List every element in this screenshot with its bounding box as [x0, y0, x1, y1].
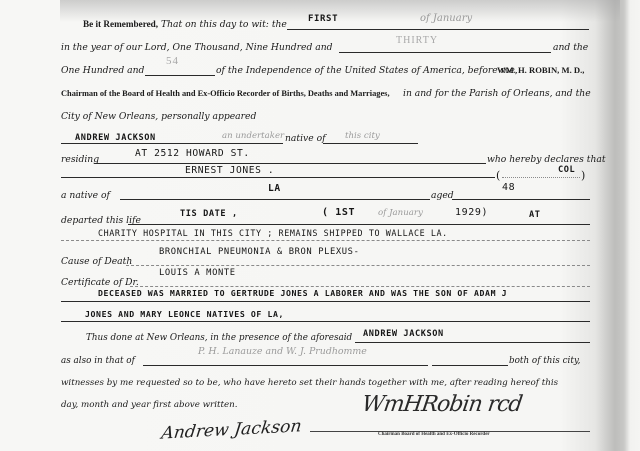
cause-label: Cause of Death [61, 256, 132, 267]
death-year: 1929) [455, 207, 488, 218]
recorder-signature: WmHRobin rcd [360, 392, 523, 417]
year-label-end: and the [553, 42, 588, 53]
certificate-field-line [130, 286, 590, 287]
month-value: of January [420, 13, 472, 24]
age-field-line [452, 199, 590, 200]
day-value: FIRST [308, 14, 338, 25]
certificate-value: LOUIS A MONTE [159, 268, 236, 279]
deceased-native-value: LA [268, 183, 281, 194]
independence-label-end: of the Independence of the United States… [216, 65, 518, 76]
chairman-label: Chairman of the Board of Health and Ex-O… [61, 88, 390, 99]
death-day: ( 1ST [322, 207, 355, 218]
witnesses-field-line [143, 365, 428, 366]
death-date-text: TIS DATE , [180, 209, 238, 220]
death-place: CHARITY HOSPITAL IN THIS CITY ; REMAINS … [98, 228, 448, 239]
intro-line: Be it Remembered, That on this day to wi… [83, 19, 287, 30]
remarks-line-2: JONES AND MARY LEONCE NATIVES OF LA, [85, 309, 284, 320]
closing-line-1: witnesses by me requested so to be, who … [61, 378, 558, 389]
year-field-line [339, 52, 551, 53]
declarant-native-value: this city [345, 131, 380, 142]
cause-value: BRONCHIAL PNEUMONIA & BRON PLEXUS- [159, 247, 359, 258]
parish-label: in and for the Parish of Orleans, and th… [403, 88, 591, 99]
residence-value: AT 2512 HOWARD ST. [135, 148, 250, 159]
city-label: City of New Orleans, personally appeared [61, 111, 256, 122]
intro-label: That on this day to wit: the [161, 19, 287, 30]
cause-field-line [126, 265, 590, 266]
witnesses-names: P. H. Lanauze and W. J. Prudhomme [198, 346, 367, 357]
race-field-line [502, 177, 580, 178]
residence-label-end: who hereby declares that [487, 154, 606, 165]
deceased-native-label: a native of [61, 190, 110, 201]
year-value: THIRTY [396, 35, 438, 46]
independence-field-line [145, 75, 215, 76]
remarks-field-line-1 [61, 301, 590, 302]
death-date-field-line [128, 224, 590, 225]
intro-label-start: Be it Remembered, [83, 19, 158, 29]
deceased-race: COL [558, 165, 575, 176]
death-at: AT [529, 210, 541, 221]
recorder-caption: Chairman Board of Health and Ex-Officio … [378, 431, 490, 438]
also-label: as also in that of [61, 356, 135, 367]
deceased-name: ERNEST JONES . [185, 165, 274, 176]
deceased-native-field-line [120, 199, 430, 200]
deceased-name-field-line [61, 177, 495, 178]
closing-line-2: day, month and year first above written. [61, 400, 237, 411]
death-place-field-line [61, 240, 590, 241]
declarant-field-line [61, 143, 283, 144]
independence-label: One Hundred and [61, 65, 144, 76]
declarant-native-field-line [323, 143, 418, 144]
witness-label: Thus done at New Orleans, in the presenc… [86, 333, 352, 344]
remarks-line-1: DECEASED WAS MARRIED TO GERTRUDE JONES A… [98, 288, 507, 299]
year-label: in the year of our Lord, One Thousand, N… [61, 42, 333, 53]
residence-field-line [94, 163, 486, 164]
declarant-signature: Andrew Jackson [160, 416, 303, 443]
age-value: 48 [502, 182, 515, 193]
aged-label: aged [431, 190, 454, 201]
official-name: WM. H. ROBIN, M. D., [497, 65, 584, 76]
day-field-line [287, 29, 589, 30]
race-paren-open: ( [496, 170, 500, 181]
witness-declarant-field-line [355, 342, 590, 343]
witnesses-field-line-2 [432, 365, 508, 366]
race-paren-close: ) [581, 170, 585, 181]
scanned-document: Be it Remembered, That on this day to wi… [0, 0, 640, 451]
declarant-occupation: an undertaker [222, 131, 284, 142]
death-month: of January [378, 208, 423, 219]
certificate-label: Certificate of Dr. [61, 277, 139, 288]
remarks-field-line-2 [61, 321, 590, 322]
witness-declarant: ANDREW JACKSON [363, 329, 444, 340]
independence-value: 54 [166, 56, 179, 67]
declarant-native-label: native of [285, 133, 326, 144]
also-label-end: both of this city, [509, 356, 580, 367]
